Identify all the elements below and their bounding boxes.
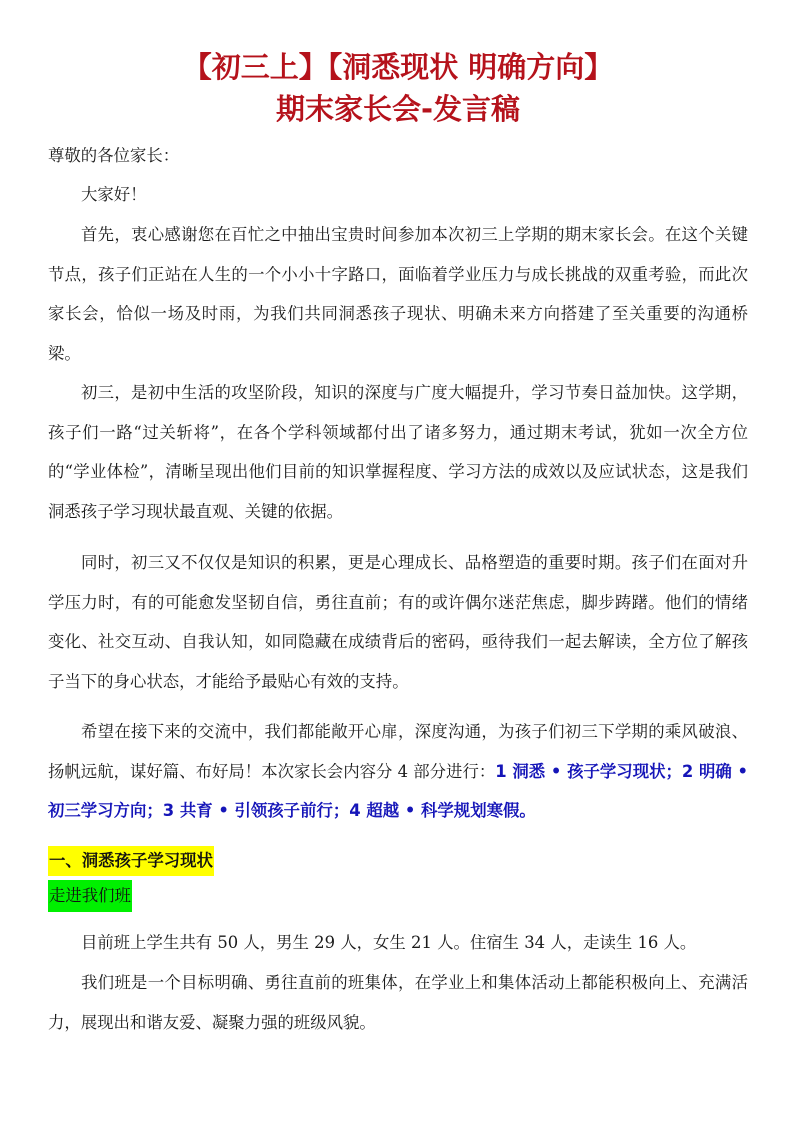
greeting: 大家好！ (48, 175, 748, 215)
paragraph-class-description: 我们班是一个目标明确、勇往直前的班集体，在学业上和集体活动上都能积极向上、充满活… (48, 963, 748, 1042)
paragraph-agenda: 希望在接下来的交流中，我们都能敞开心扉，深度沟通，为孩子们初三下学期的乘风破浪、… (48, 712, 748, 831)
paragraph-growth: 同时，初三又不仅仅是知识的积累，更是心理成长、品格塑造的重要时期。孩子们在面对升… (48, 543, 748, 701)
paragraph-thanks: 首先，衷心感谢您在百忙之中抽出宝贵时间参加本次初三上学期的期末家长会。在这个关键… (48, 215, 748, 373)
salutation: 尊敬的各位家长： (48, 136, 748, 176)
section-heading-current-status: 一、洞悉孩子学习现状 (48, 846, 214, 876)
paragraph-grade-nine: 初三，是初中生活的攻坚阶段，知识的深度与广度大幅提升，学习节奏日益加快。这学期，… (48, 373, 748, 531)
paragraph-class-stats: 目前班上学生共有 50 人，男生 29 人，女生 21 人。住宿生 34 人，走… (48, 923, 748, 963)
title-line-2: 期末家长会-发言稿 (48, 88, 748, 130)
subsection-heading-our-class: 走进我们班 (48, 880, 132, 912)
title-line-1: 【初三上】【洞悉现状 明确方向】 (48, 46, 748, 88)
